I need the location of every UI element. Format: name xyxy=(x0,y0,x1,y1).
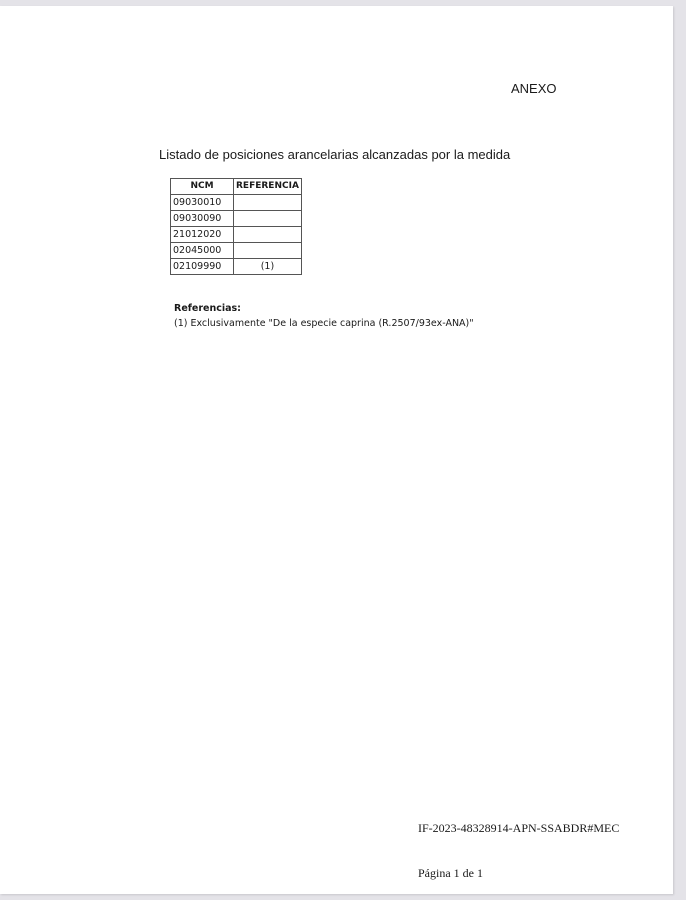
table-row: 02045000 xyxy=(171,243,302,259)
document-id: IF-2023-48328914-APN-SSABDR#MEC xyxy=(418,821,619,836)
page-number: Página 1 de 1 xyxy=(418,866,483,881)
table-row: 02109990 (1) xyxy=(171,259,302,275)
document-title: Listado de posiciones arancelarias alcan… xyxy=(159,147,510,162)
ncm-cell: 21012020 xyxy=(171,227,234,243)
reference-cell xyxy=(234,227,302,243)
annex-heading: ANEXO xyxy=(511,81,557,96)
tariff-table: NCM REFERENCIA 09030010 09030090 2101202… xyxy=(170,178,302,275)
reference-cell xyxy=(234,211,302,227)
document-page: ANEXO Listado de posiciones arancelarias… xyxy=(0,6,673,894)
references-section: Referencias: (1) Exclusivamente "De la e… xyxy=(174,301,474,331)
reference-item: (1) Exclusivamente "De la especie caprin… xyxy=(174,316,474,331)
ncm-cell: 09030090 xyxy=(171,211,234,227)
ncm-cell: 02109990 xyxy=(171,259,234,275)
table-row: 09030090 xyxy=(171,211,302,227)
table-header-row: NCM REFERENCIA xyxy=(171,179,302,195)
references-title: Referencias: xyxy=(174,301,474,316)
table-row: 21012020 xyxy=(171,227,302,243)
column-header-ncm: NCM xyxy=(171,179,234,195)
reference-cell: (1) xyxy=(234,259,302,275)
table-row: 09030010 xyxy=(171,195,302,211)
column-header-referencia: REFERENCIA xyxy=(234,179,302,195)
reference-cell xyxy=(234,243,302,259)
reference-cell xyxy=(234,195,302,211)
ncm-cell: 09030010 xyxy=(171,195,234,211)
ncm-cell: 02045000 xyxy=(171,243,234,259)
